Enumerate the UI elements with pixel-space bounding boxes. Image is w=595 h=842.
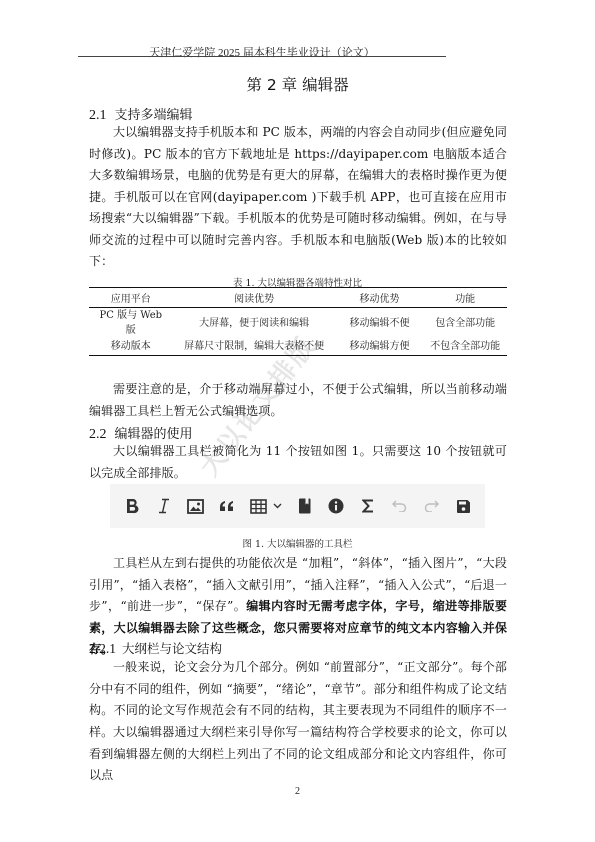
table-cell: 包含全部功能 (423, 308, 507, 339)
header-rule (78, 56, 446, 57)
table-header-cell: 阅读优势 (173, 288, 336, 308)
section-heading-2-2: 2.2编辑器的使用 (89, 423, 193, 443)
running-header: 天津仁爱学院 2025 届本科生毕业设计（论文） (78, 44, 446, 60)
table-cell: 屏幕尺寸限制，编辑大表格不便 (173, 338, 336, 356)
bookmark-icon (298, 498, 311, 514)
section-title: 支持多端编辑 (115, 108, 193, 123)
editor-toolbar-figure (110, 484, 485, 528)
paragraph-outline-panel: 大以编辑器通过大纲栏来引导你写一篇结构符合学校要求的论文，你可以看到编辑器左侧的… (89, 722, 507, 787)
insert-citation-button[interactable] (295, 494, 313, 518)
bold-button[interactable] (123, 494, 141, 518)
table-cell: 不包含全部功能 (423, 338, 507, 356)
italic-icon (158, 498, 170, 514)
info-icon (328, 498, 344, 514)
insert-note-button[interactable] (327, 494, 345, 518)
table-cell: PC 版与 Web 版 (89, 308, 173, 339)
insert-table-button[interactable] (250, 494, 282, 518)
document-page: 天津仁爱学院 2025 届本科生毕业设计（论文） 第 2 章 编辑器 2.1支持… (0, 0, 595, 842)
table-header-cell: 功能 (423, 288, 507, 308)
sigma-icon (362, 499, 374, 513)
paragraph-mobile-note: 需要注意的是，介于移动端屏幕过小，不便于公式编辑，所以当前移动端编辑器工具栏上暂… (89, 379, 507, 422)
quote-icon (219, 500, 235, 512)
italic-button[interactable] (155, 494, 173, 518)
paragraph-multi-platform: 大以编辑器支持手机版本和 PC 版本，两端的内容会自动同步(但应避免同时修改)。… (89, 122, 507, 273)
table-cell: 移动编辑不便 (336, 308, 424, 339)
section-number: 2.2.1 (89, 641, 116, 656)
table-row: 移动版本 屏幕尺寸限制，编辑大表格不便 移动编辑方便 不包含全部功能 (89, 338, 507, 356)
page-number: 2 (0, 786, 595, 797)
section-number: 2.2 (89, 427, 107, 442)
chapter-title: 第 2 章 编辑器 (0, 73, 595, 95)
table-header-cell: 移动优势 (336, 288, 424, 308)
save-button[interactable] (454, 494, 472, 518)
paragraph-editor-usage: 大以编辑器工具栏被简化为 11 个按钮如图 1。只需要这 10 个按钮就可以完成… (89, 441, 507, 484)
table-icon (250, 499, 267, 514)
table-row: PC 版与 Web 版 大屏幕，便于阅读和编辑 移动编辑不便 包含全部功能 (89, 308, 507, 339)
save-icon (456, 499, 471, 514)
insert-formula-button[interactable] (359, 494, 377, 518)
redo-button[interactable] (422, 494, 440, 518)
figure-caption: 图 1. 大以编辑器的工具栏 (0, 536, 595, 550)
table-cell: 大屏幕，便于阅读和编辑 (173, 308, 336, 339)
table-cell: 移动编辑方便 (336, 338, 424, 356)
image-icon (187, 499, 204, 514)
table-header-cell: 应用平台 (89, 288, 173, 308)
section-heading-2-2-1: 2.2.1大纲栏与论文结构 (89, 639, 222, 657)
undo-icon (392, 500, 407, 512)
insert-image-button[interactable] (186, 494, 204, 518)
section-title: 大纲栏与论文结构 (122, 641, 222, 656)
section-title: 编辑器的使用 (115, 427, 193, 442)
redo-icon (424, 500, 439, 512)
block-quote-button[interactable] (218, 494, 236, 518)
undo-button[interactable] (391, 494, 409, 518)
comparison-table: 应用平台 阅读优势 移动优势 功能 PC 版与 Web 版 大屏幕，便于阅读和编… (89, 287, 507, 356)
chevron-down-icon[interactable] (273, 503, 282, 509)
section-heading-2-1: 2.1支持多端编辑 (89, 104, 193, 124)
table-header-row: 应用平台 阅读优势 移动优势 功能 (89, 288, 507, 308)
section-number: 2.1 (89, 108, 107, 123)
table-cell: 移动版本 (89, 338, 173, 356)
bold-icon (125, 498, 139, 514)
